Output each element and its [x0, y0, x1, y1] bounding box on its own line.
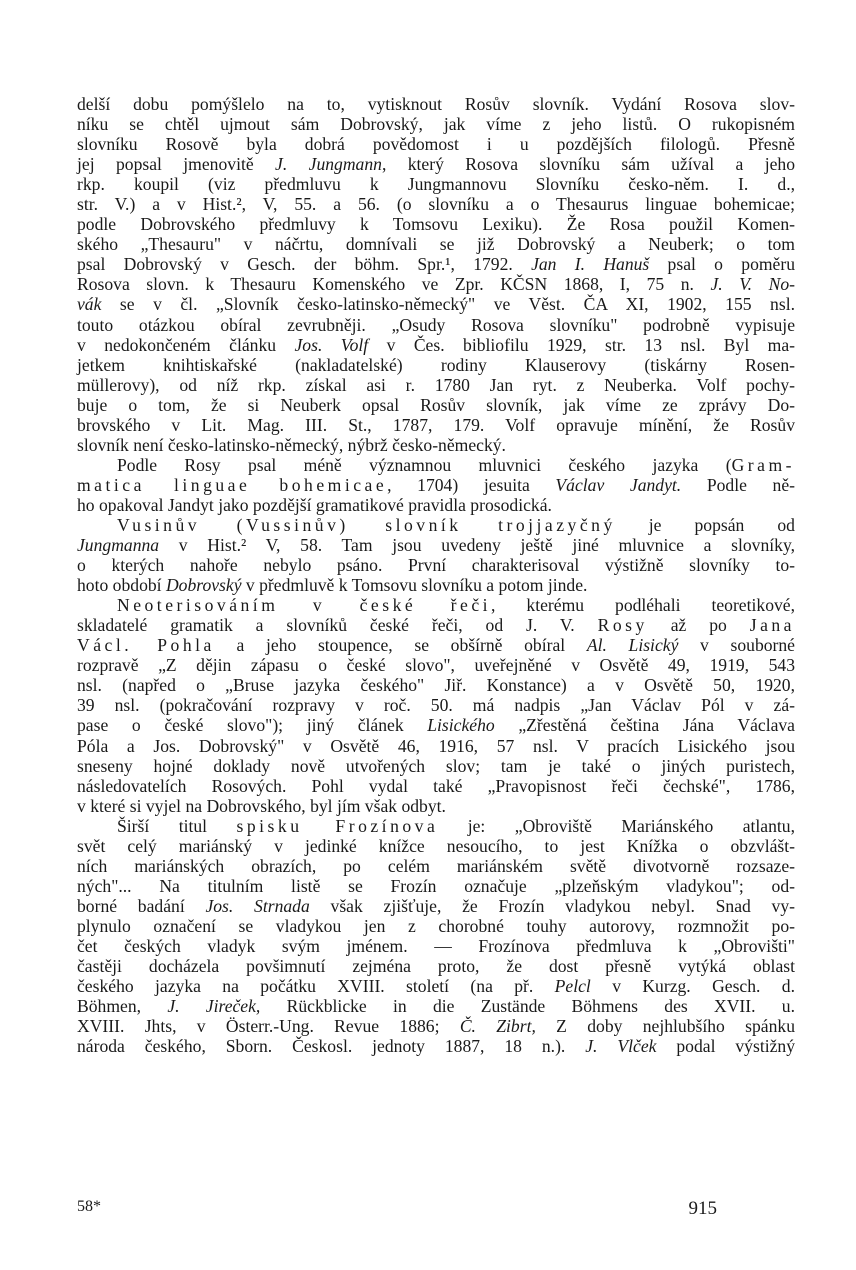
text-line: jetkem knihtiskařské (nakladatelské) rod… [77, 355, 795, 375]
spaced-title: matica linguae bohemicae [77, 475, 387, 495]
text-line: Neoterisováním v české řeči, kterému pod… [77, 595, 795, 615]
text-line: ních mariánských obrazích, po celém mari… [77, 856, 795, 876]
author-name: Jos. Strnada [205, 896, 309, 916]
text-line: borné badání Jos. Strnada však zjišťuje,… [77, 896, 795, 916]
text-line: častěji docházela povšimnutí zejména pro… [77, 956, 795, 976]
text-line: delší dobu pomýšlelo na to, vytisknout R… [77, 94, 795, 114]
author-name: Jungmanna [77, 535, 159, 555]
text-line: o kterých nahoře nebylo psáno. První cha… [77, 555, 795, 575]
text-line: Böhmen, J. Jireček, Rückblicke in die Zu… [77, 996, 795, 1016]
text-line: níku se chtěl ujmout sám Dobrovský, jak … [77, 114, 795, 134]
author-name: Dobrovský [166, 575, 242, 595]
text-line: českého jazyka na počátku XVIII. století… [77, 976, 795, 996]
text-line: následovatelích Rosových. Pohl vydal tak… [77, 776, 795, 796]
text-line: ského „Thesauru" v náčrtu, domnívali se … [77, 234, 795, 254]
text-line: skladatelé gramatik a slovníků české řeč… [77, 615, 795, 635]
spaced-name: Jana [750, 615, 795, 635]
text-line: nsl. (napřed o „Bruse jazyka českého" Ji… [77, 675, 795, 695]
text-line: rkp. koupil (viz předmluvu k Jungmannovu… [77, 174, 795, 194]
spaced-title: Neoterisováním v české řeči [117, 595, 491, 615]
author-name: Al. Lisický [587, 635, 679, 655]
text-line: Širší titul spisku Frozínova je: „Obrovi… [77, 816, 795, 836]
text-line: psal Dobrovský v Gesch. der böhm. Spr.¹,… [77, 254, 795, 274]
text-line: Podle Rosy psal méně významnou mluvnici … [77, 455, 795, 475]
text-line: 39 nsl. (pokračování rozpravy v roč. 50.… [77, 695, 795, 715]
text-line: XVIII. Jhts, v Österr.-Ung. Revue 1886; … [77, 1016, 795, 1036]
text-line: podle Dobrovského předmluvy k Tomsovu Le… [77, 214, 795, 234]
author-name: Pelcl [555, 976, 591, 996]
text-line: pase o české slovo"); jiný článek Lisick… [77, 715, 795, 735]
text-line: v které si vyjel na Dobrovského, byl jím… [77, 796, 795, 816]
text-line: čet českých vladyk svým jménem. — Frozín… [77, 936, 795, 956]
document-body: delší dobu pomýšlelo na to, vytisknout R… [77, 94, 795, 1056]
author-name: Lisického [427, 715, 494, 735]
spaced-name: Rosy [598, 615, 648, 635]
author-name: Václav Jandyt. [555, 475, 681, 495]
spaced-title: Vusinův (Vussinův) slovník trojjazyčný [117, 515, 616, 535]
text-line: národa českého, Sborn. Českosl. jednoty … [77, 1036, 795, 1056]
spaced-name: Václ. Pohla [77, 635, 215, 655]
text-line: Rosova slovn. k Thesauru Komenského ve Z… [77, 274, 795, 294]
text-line: plynulo označení se vladykou jen z choro… [77, 916, 795, 936]
author-name: J. Jungmann [275, 154, 382, 174]
text-line: buje o tom, že si Neuberk opsal Rosův sl… [77, 395, 795, 415]
text-line: rozpravě „Z dějin zápasu o české slovo",… [77, 655, 795, 675]
text-line: ných"... Na titulním listě se Frozín ozn… [77, 876, 795, 896]
author-name: Jos. Volf [295, 335, 369, 355]
text-line: v nedokončeném článku Jos. Volf v Čes. b… [77, 335, 795, 355]
spaced-title: Gram- [732, 455, 795, 475]
text-line: slovník není česko-latinsko-německý, nýb… [77, 435, 795, 455]
author-name: J. Vlček [585, 1036, 656, 1056]
text-line: hoto období Dobrovský v předmluvě k Toms… [77, 575, 795, 595]
author-name: Jan I. Hanuš [531, 254, 649, 274]
author-name: J. Jireček, [167, 996, 260, 1016]
text-line: slovníku Rosově byla dobrá povědomost i … [77, 134, 795, 154]
author-name: vák [77, 294, 101, 314]
author-name: J. V. No- [710, 274, 795, 294]
page-number: 915 [689, 1198, 718, 1220]
spaced-title: spisku Frozínova [237, 816, 439, 836]
text-line: Václ. Pohla a jeho stoupence, se obšírně… [77, 635, 795, 655]
text-line: Jungmanna v Hist.² V, 58. Tam jsou uvede… [77, 535, 795, 555]
printer-signature: 58* [77, 1198, 101, 1216]
text-line: ho opakoval Jandyt jako pozdější gramati… [77, 495, 795, 515]
text-line: sneseny hojné doklady nově utvořených sl… [77, 756, 795, 776]
text-line: jej popsal jmenovitě J. Jungmann, který … [77, 154, 795, 174]
text-line: matica linguae bohemicae, 1704) jesuita … [77, 475, 795, 495]
text-line: vák se v čl. „Slovník česko-latinsko-něm… [77, 294, 795, 314]
text-line: brovského v Lit. Mag. III. St., 1787, 17… [77, 415, 795, 435]
text-line: svět celý mariánský v jedinké knížce nes… [77, 836, 795, 856]
text-line: Vusinův (Vussinův) slovník trojjazyčný j… [77, 515, 795, 535]
text-line: müllerovy), od níž rkp. získal asi r. 17… [77, 375, 795, 395]
text-line: str. V.) a v Hist.², V, 55. a 56. (o slo… [77, 194, 795, 214]
text-line: touto otázkou obíral zevrubněji. „Osudy … [77, 315, 795, 335]
text-line: Póla a Jos. Dobrovský" v Osvětě 46, 1916… [77, 736, 795, 756]
author-name: Č. Zibrt, [460, 1016, 536, 1036]
